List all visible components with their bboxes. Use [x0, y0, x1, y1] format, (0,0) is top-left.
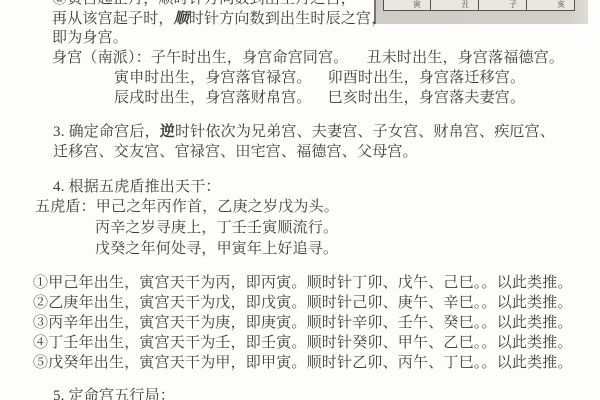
shengong-row3: 辰戌时出生，身宫落财帛宫。巳亥时出生，身宫落夫妻宫。 [114, 89, 525, 108]
shengong-row1-a: 子午时出生，身宫命宫同宫。 [151, 50, 349, 66]
step3-line1: 3. 确定命宫后，逆时针依次为兄弟宫、夫妻宫、子女宫、财帛宫、疾厄宫、 [53, 123, 555, 142]
palace-cell-label: 子 [509, 0, 517, 10]
step2-line2-pre: 再从该宫起子时， [52, 11, 174, 27]
shengong-row2: 寅申时出生，身宫落官禄宫。卯酉时出生，身宫落迁移宫。 [114, 69, 525, 88]
wuhudun-line2: 丙辛之岁寻庚上，丁壬壬寅顺流行。 [95, 219, 338, 238]
shengong-row3-a: 辰戌时出生，身宫落财帛宫。 [114, 90, 312, 106]
shengong-row1-b: 丑未时出生，身宫落福德宫。 [367, 49, 565, 68]
step5-title-clipped: 5. 定命宫五行局： [53, 387, 175, 400]
step3-line2: 迁移宫、交友宫、官禄宫、田宅宫、福德宫、父母宫。 [53, 143, 418, 162]
list-item: ②乙庚年出生，寅宫天干为戊，即戊寅。顺时针己卯、庚午、辛巳。。以此类推。 [33, 294, 573, 313]
step4-title: 4. 根据五虎盾推出天干： [53, 178, 221, 197]
step3-emphasis: 逆 [160, 124, 175, 140]
step2-line2: 再从该宫起子时，顺时针方向数到出生时辰之宫， [52, 10, 386, 29]
step3-post: 时针依次为兄弟宫、夫妻宫、子女宫、财帛宫、疾厄宫、 [175, 124, 555, 140]
palace-cell-label: 亥 [557, 0, 565, 10]
palace-cell-chou: 丑 [431, 0, 479, 11]
list-item: ③丙辛年出生，寅宫天干为庚，即庚寅。顺时针辛卯、壬午、癸巳。。以此类推。 [33, 314, 573, 333]
palace-cell-hai: 亥 [527, 0, 575, 11]
step3-pre: 3. 确定命宫后， [53, 124, 160, 140]
step2-line2-emphasis: 顺 [174, 11, 189, 27]
shengong-row2-a: 寅申时出生，身宫落官禄宫。 [114, 70, 312, 86]
list-item: ①甲己年出生，寅宫天干为丙，即丙寅。顺时针丁卯、戊午、己巳。。以此类推。 [33, 274, 573, 293]
palace-table-fragment: 寅 丑 子 亥 [374, 0, 588, 24]
shengong-label: 身宫（南派）： [52, 50, 151, 66]
list-item: ⑤戊癸年出生，寅宫天干为甲，即甲寅。顺时针乙卯、丙午、丁巳。。以此类推。 [33, 354, 573, 373]
palace-cell-zi: 子 [479, 0, 527, 11]
palace-table-bottom-row: 寅 丑 子 亥 [383, 0, 575, 12]
wuhudun-line1: 五虎盾：甲己之年丙作首，乙庚之岁戊为头。 [35, 198, 339, 217]
wuhudun-line3: 戊癸之年何处寻，甲寅年上好追寻。 [95, 240, 338, 259]
step2-line3: 即为身宫。 [52, 29, 128, 48]
shengong-row2-b: 卯酉时出生，身宫落迁移宫。 [328, 69, 526, 88]
palace-cell-yin: 寅 [383, 0, 431, 11]
shengong-row1: 身宫（南派）：子午时出生，身宫命宫同宫。丑未时出生，身宫落福德宫。 [52, 49, 564, 68]
shengong-row3-b: 巳亥时出生，身宫落夫妻宫。 [328, 89, 526, 108]
step2-line1-clipped: ②寅宫起正月，顺时针方向数到出生月之宫， [52, 0, 356, 9]
list-item: ④丁壬年出生，寅宫天干为壬，即壬寅。顺时针癸卯、甲午、乙巳。。以此类推。 [33, 334, 573, 353]
palace-cell-label: 丑 [461, 0, 469, 10]
scanned-document-page: 寅 丑 子 亥 ②寅宫起正月，顺时针方向数到出生月之宫， 再从该宫起子时，顺时针… [0, 0, 600, 400]
step2-line2-post: 时针方向数到出生时辰之宫， [189, 11, 387, 27]
palace-cell-label: 寅 [413, 0, 421, 10]
